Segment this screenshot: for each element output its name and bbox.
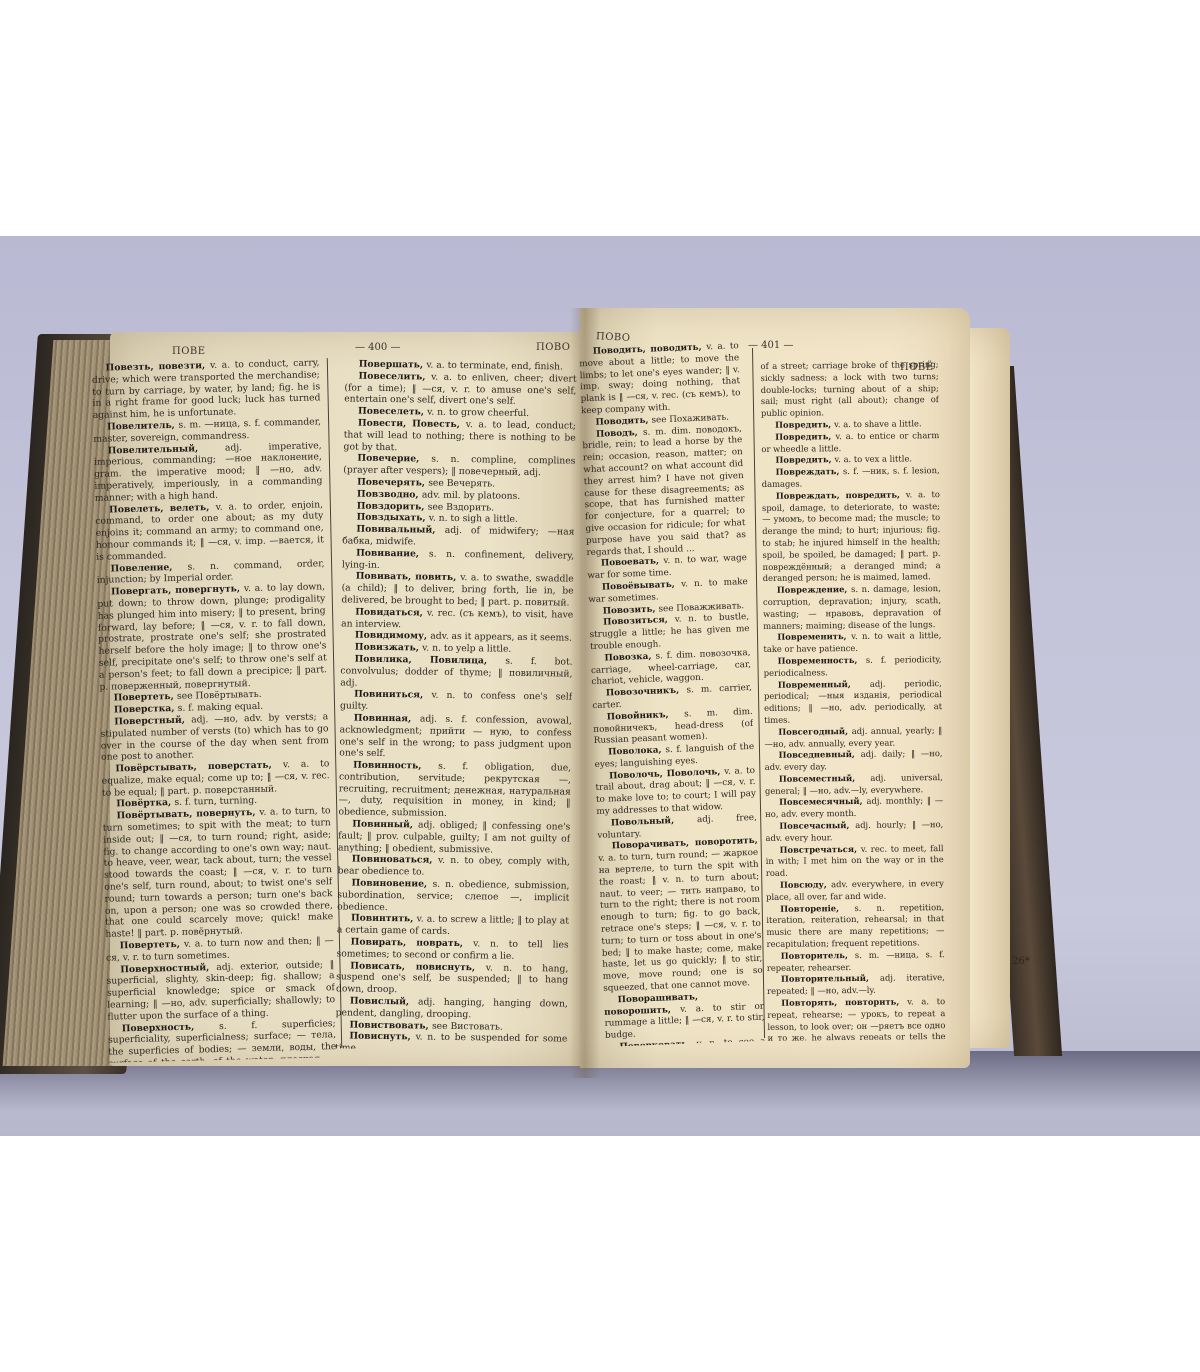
dictionary-entry: Повторитель, s. m. —ница, s. f. repeater…: [767, 949, 945, 974]
entry-headword: Повстречаться,: [780, 844, 861, 855]
entry-headword: Повинтить,: [351, 913, 417, 925]
entry-definition: v. a. to vex a little.: [834, 454, 912, 465]
dictionary-entry: Повёрстывать, поверстать, v. a. to equal…: [101, 758, 330, 799]
dictionary-entry: Повирать, поврать, v. n. to tell lies so…: [336, 936, 568, 963]
dictionary-entry: Повседневный, adj. daily; ‖ —но, adv. ev…: [765, 748, 943, 773]
entry-headword: Повинность,: [353, 760, 438, 772]
dictionary-entry: Повелительный, adj. imperative, imperiou…: [94, 440, 323, 505]
entry-headword: Поводить,: [595, 415, 651, 427]
entry-headword: Повечерие,: [357, 453, 431, 465]
entry-headword: Повоёвывать,: [602, 580, 682, 593]
entry-headword: Повоевать,: [601, 557, 664, 569]
dictionary-entry: Повисать, повиснуть, v. n. to hang, susp…: [336, 960, 568, 999]
entry-headword: Повивальный,: [356, 524, 444, 536]
entry-headword: Повозочникъ,: [606, 686, 687, 699]
entry-headword: Повозка,: [604, 651, 655, 663]
dictionary-entry: Повергать, повергнуть, v. a. to lay down…: [97, 581, 328, 693]
entry-definition: v. a. to turn, to turn sometimes; to spi…: [103, 805, 334, 940]
dictionary-entry: Повстречаться, v. rec. to meet, fall in …: [766, 843, 944, 880]
dictionary-entry: Поводъ, s. m. dim. поводокъ, bridle, rei…: [582, 424, 747, 560]
entry-headword: Повеление,: [110, 561, 187, 574]
entry-headword: Повивание,: [356, 547, 429, 559]
entry-headword: Повиновение,: [351, 878, 432, 890]
entry-definition: v. a. to lay down, put down; to throw do…: [97, 581, 327, 692]
entry-headword: Повиснуть,: [349, 1031, 415, 1043]
entry-definition: s. m. dim. поводокъ, bridle, rein; to le…: [582, 424, 746, 558]
dictionary-entry: Повиноваться, v. n. to obey, comply with…: [338, 854, 570, 881]
dictionary-entry: Повивать, повить, v. a. to swathe, swadd…: [341, 571, 573, 610]
entry-headword: Повидимому,: [355, 630, 430, 642]
entry-headword: Повреждение,: [777, 584, 851, 595]
entry-headword: Повсечасный,: [779, 820, 855, 831]
entry-definition: of a street; carriage broke of the sprin…: [760, 359, 938, 418]
dictionary-entry: Повёртывать, повернуть, v. a. to turn, t…: [102, 805, 333, 940]
dictionary-entry: Поворачивать, поворотить, v. a. to turn,…: [598, 836, 764, 995]
entry-headword: Повиствовать,: [349, 1019, 432, 1031]
signature-mark: 26*: [1012, 956, 1030, 967]
entry-headword: Повредить,: [775, 419, 834, 430]
dictionary-entry: Повеселить, v. a. to enliven, cheer; div…: [344, 370, 576, 409]
entry-headword: Повреждать, повредить,: [776, 489, 906, 500]
dictionary-entry: Повреждать, s. f. —ник, s. f. lesion, da…: [762, 465, 940, 490]
dictionary-entry: Поворашивать, поворошить, v. a. to stir …: [604, 990, 766, 1043]
entry-headword: Повертеть,: [120, 939, 184, 952]
entry-headword: Повторительный,: [781, 973, 880, 984]
dictionary-entry: Поверхность, s. f. superficies; superfic…: [108, 1018, 337, 1063]
dictionary-entry: Повечерие, s. n. compline, complines (pr…: [343, 453, 575, 480]
dictionary-entry: Повредить, v. a. to entice or charm or w…: [761, 430, 939, 455]
dictionary-entry: Повреждать, повредить, v. a. to spoil, d…: [762, 489, 941, 585]
entry-definition: v. n. to grow cheerful.: [427, 407, 529, 419]
right-page-column-2: of a street; carriage broke of the sprin…: [760, 359, 945, 1041]
dictionary-entry: Повременить, v. n. to wait a little, tak…: [763, 630, 941, 655]
dictionary-entry: Повелеть, велеть, v. a. to order, enjoin…: [95, 499, 324, 564]
entry-headword: Повторитель,: [781, 950, 855, 961]
entry-headword: Повздорить,: [357, 500, 428, 512]
entry-headword: Повинный,: [352, 819, 418, 831]
entry-headword: Повёртка,: [116, 797, 174, 809]
entry-definition: v. n. to sigh a little.: [429, 513, 518, 525]
left-page-number: — 400 —: [355, 342, 400, 353]
dictionary-entry: Повивание, s. n. confinement, delivery, …: [342, 547, 574, 574]
right-page-column-1: Поводить, поводить, v. a. to move about …: [579, 341, 766, 1047]
entry-headword: Повеселить,: [359, 370, 432, 382]
entry-headword: Повислый,: [350, 996, 418, 1008]
entry-headword: Повздыхать,: [357, 512, 429, 524]
entry-definition: v. a. to shave a little.: [834, 418, 922, 429]
left-header-guide-word-right: ПОВО: [536, 342, 570, 353]
dictionary-entry: Повинтить, v. a. to screw a little; ‖ to…: [337, 913, 569, 940]
entry-headword: Повсеместный,: [779, 773, 871, 784]
dictionary-entry: Повреждение, s. n. damage, lesion, corru…: [763, 583, 941, 632]
entry-headword: Повременить,: [777, 631, 851, 642]
entry-headword: Повойникъ,: [607, 709, 685, 722]
left-page-column-1: Повезть, повезти, v. a. to conduct, carr…: [91, 357, 336, 1062]
entry-definition: see Вздорить.: [428, 501, 495, 513]
entry-headword: Повсегодный,: [778, 726, 852, 737]
right-page-number: — 401 —: [748, 340, 793, 351]
dictionary-entry: Повременность, s. f. periodicity, period…: [764, 654, 942, 679]
dictionary-entry: Повсемесячный, adj. monthly; ‖ —но, adv.…: [765, 796, 943, 821]
entry-headword: Повсемесячный,: [779, 796, 866, 807]
entry-headword: Повидаться,: [355, 606, 427, 618]
entry-headword: Повирать, поврать,: [351, 937, 474, 950]
entry-headword: Повреждать,: [776, 466, 843, 477]
entry-headword: Поводъ,: [596, 428, 643, 440]
entry-headword: Повиноваться,: [352, 854, 438, 866]
entry-definition: v. a. to terminate, end, finish.: [426, 360, 563, 373]
dictionary-entry: Повинность, s. f. obligation, due, contr…: [338, 759, 571, 821]
entry-definition: adv. as it appears, as it seems.: [430, 631, 572, 644]
dictionary-entry: Повсегодный, adj. annual, yearly; ‖ —но,…: [764, 725, 942, 750]
entry-headword: Повизжать,: [355, 642, 423, 654]
dictionary-entry: Повторительный, adj. iterative, repeated…: [767, 972, 945, 997]
entry-headword: Повозиться,: [603, 615, 675, 628]
entry-headword: Повершать,: [359, 359, 427, 371]
dictionary-entry: Повторять, повторить, v. a. to repeat, r…: [767, 996, 945, 1041]
dictionary-entry: Повинный, adj. obliged; ‖ confessing one…: [338, 818, 570, 857]
entry-definition: v. n. to yelp a little.: [422, 643, 511, 655]
entry-headword: Повозить,: [603, 604, 659, 616]
entry-headword: Повисать, повиснуть,: [350, 960, 486, 973]
entry-definition: see Вечерять.: [428, 478, 495, 490]
entry-headword: Повсюду,: [780, 879, 831, 890]
dictionary-entry: Повиниться, v. n. to confess one's self …: [340, 689, 572, 716]
dictionary-entry: Поверстный, adj. —но, adv. by versts; a …: [100, 711, 329, 764]
dictionary-entry: Повсечасный, adj. hourly; ‖ —но, adv. ev…: [765, 819, 943, 844]
entry-headword: Повертеть,: [114, 691, 178, 704]
dictionary-entry: Повтореніе, s. n. repetition, iteration,…: [766, 902, 944, 951]
entry-headword: Повинная,: [354, 712, 420, 724]
entry-headword: Повторять, повторить,: [781, 996, 907, 1007]
dictionary-entry: Поверхностный, adj. exterior, outside; ‖…: [106, 959, 335, 1024]
dictionary-entry: Поводить, поводить, v. a. to move about …: [579, 341, 742, 418]
entry-headword: Повредить,: [775, 455, 834, 466]
left-header-guide-word: ПОВЕ: [172, 346, 206, 357]
entry-definition: v. a. to spoil, damage, to deteriorate, …: [762, 489, 941, 583]
entry-headword: Повзводно,: [357, 488, 422, 500]
entry-definition: v. a. to turn, turn round; — жаркое на в…: [598, 848, 763, 994]
dictionary-entry: Повидаться, v. rec. (съ кемъ), to visit,…: [341, 606, 573, 633]
entry-headword: Повеселеть,: [358, 406, 427, 418]
dictionary-entry: Повременный, adj. periodic, periodical; …: [764, 678, 942, 727]
dictionary-entry: Повивальный, adj. of midwifery; —ная баб…: [342, 524, 574, 551]
dictionary-entry: Повиновение, s. n. obedience, submission…: [337, 877, 569, 916]
entry-headword: Повиниться,: [354, 689, 432, 701]
dictionary-entry: Повилика, Повилица, s. f. bot. convolvul…: [340, 653, 572, 692]
dictionary-entry: Повислый, adj. hanging, hanging down, pe…: [336, 995, 568, 1022]
entry-headword: Повечерять,: [357, 477, 428, 489]
entry-headword: Поволока,: [608, 745, 666, 757]
entry-headword: Повседневный,: [779, 749, 861, 760]
dictionary-entry: Повсюду, adv. everywhere, in every place…: [766, 878, 944, 903]
entry-headword: Повелитель,: [107, 420, 179, 433]
photo-background: ПОВЕ — 400 — ПОВО Повезть, повезти, v. a…: [0, 236, 1200, 1136]
entry-headword: Повременный,: [778, 678, 870, 689]
entry-headword: Поверстка,: [114, 703, 178, 716]
entry-definition: adv. mil. by platoons.: [422, 489, 520, 501]
dictionary-entry: Повиснуть, v. n. to be suspended for som…: [335, 1031, 567, 1052]
entry-headword: Повивать, повить,: [356, 571, 461, 583]
entry-definition: see Вистовать.: [432, 1020, 503, 1032]
entry-headword: Повременность,: [778, 655, 866, 666]
dictionary-entry: Повинная, adj. s. f. confession, avowal,…: [339, 712, 572, 762]
left-page-column-2: Повершать, v. a. to terminate, end, fini…: [335, 358, 577, 1051]
dictionary-entry: Повсеместный, adj. universal, general; ‖…: [765, 772, 943, 797]
entry-headword: Повести, Повесть,: [358, 418, 466, 431]
dictionary-entry: Поволочь, Поволочь, v. a. to trail about…: [595, 766, 757, 819]
entry-headword: Повольный,: [611, 815, 698, 828]
entry-headword: Поверстный,: [114, 714, 191, 727]
dictionary-entry: Повести, Повесть, v. a. to lead, conduct…: [344, 417, 576, 456]
entry-headword: Повредить,: [775, 431, 835, 442]
entry-definition: s. f. turn, turning.: [174, 795, 257, 808]
dictionary-entry: Повезть, повезти, v. a. to conduct, carr…: [91, 357, 320, 422]
right-header-guide-word: ПОВО: [596, 331, 631, 344]
entry-definition: see Похаживать.: [651, 412, 729, 425]
entry-headword: Повтореніе,: [780, 903, 854, 914]
dictionary-entry: of a street; carriage broke of the sprin…: [760, 359, 939, 420]
